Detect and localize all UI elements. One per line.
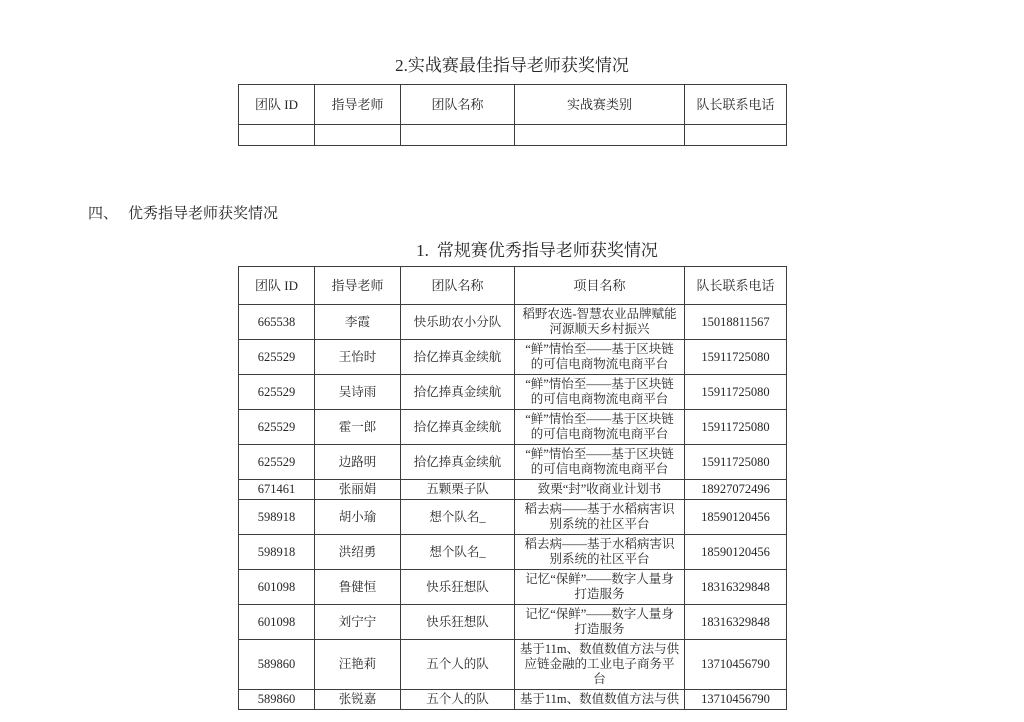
- table-header-row: 团队 ID指导老师团队名称实战赛类别队长联系电话: [239, 85, 787, 125]
- table-cell: 589860: [239, 690, 315, 710]
- table-row: [239, 125, 787, 146]
- table-cell: 18590120456: [685, 500, 787, 535]
- column-header: 队长联系电话: [685, 85, 787, 125]
- table-cell: 五颗栗子队: [401, 480, 515, 500]
- table-cell: 拾亿捧真金续航: [401, 410, 515, 445]
- table-cell: 589860: [239, 640, 315, 690]
- table-cell: “鲜”情怡至——基于区块链的可信电商物流电商平台: [515, 340, 685, 375]
- table-cell: “鲜”情怡至——基于区块链的可信电商物流电商平台: [515, 410, 685, 445]
- table-cell: 625529: [239, 445, 315, 480]
- table-cell: 记忆“保鲜”——数字人量身打造服务: [515, 605, 685, 640]
- table-cell: 625529: [239, 375, 315, 410]
- table-cell: 基于11m、数值数值方法与供应链金融的工业电子商务平台: [515, 640, 685, 690]
- regular-award-title: 1.常规赛优秀指导老师获奖情况: [25, 236, 1024, 261]
- table-cell: [315, 125, 401, 146]
- table-cell: 601098: [239, 570, 315, 605]
- table-cell: 快乐狂想队: [401, 570, 515, 605]
- column-header: 团队 ID: [239, 267, 315, 305]
- table-row: 625529霍一郎拾亿捧真金续航“鲜”情怡至——基于区块链的可信电商物流电商平台…: [239, 410, 787, 445]
- regular-award-table: 团队 ID指导老师团队名称项目名称队长联系电话 665538李霞快乐助农小分队稻…: [238, 266, 787, 710]
- table-cell: 张丽娟: [315, 480, 401, 500]
- table-cell: 601098: [239, 605, 315, 640]
- table-cell: 稻野农选-智慧农业品牌赋能河源顺天乡村振兴: [515, 305, 685, 340]
- practical-award-title: 2.实战赛最佳指导老师获奖情况: [0, 51, 1024, 76]
- table-cell: 18590120456: [685, 535, 787, 570]
- table-cell: 鲁健恒: [315, 570, 401, 605]
- table-cell: 快乐助农小分队: [401, 305, 515, 340]
- table-cell: 13710456790: [685, 640, 787, 690]
- table-cell: 刘宁宁: [315, 605, 401, 640]
- section-heading-excellent: 四、优秀指导老师获奖情况: [88, 202, 278, 223]
- table-header-row: 团队 ID指导老师团队名称项目名称队长联系电话: [239, 267, 787, 305]
- table-cell: “鲜”情怡至——基于区块链的可信电商物流电商平台: [515, 445, 685, 480]
- table-cell: 625529: [239, 340, 315, 375]
- table-row: 598918洪绍勇想个队名_稻去病——基于水稻病害识别系统的社区平台185901…: [239, 535, 787, 570]
- column-header: 指导老师: [315, 85, 401, 125]
- column-header: 指导老师: [315, 267, 401, 305]
- table-cell: 快乐狂想队: [401, 605, 515, 640]
- regular-title-number: 1.: [416, 241, 429, 260]
- column-header: 团队 ID: [239, 85, 315, 125]
- regular-table-body: 665538李霞快乐助农小分队稻野农选-智慧农业品牌赋能河源顺天乡村振兴1501…: [239, 305, 787, 710]
- column-header: 团队名称: [401, 85, 515, 125]
- practical-award-table: 团队 ID指导老师团队名称实战赛类别队长联系电话: [238, 84, 787, 146]
- table-row: 601098鲁健恒快乐狂想队记忆“保鲜”——数字人量身打造服务183163298…: [239, 570, 787, 605]
- table-row: 589860汪艳莉五个人的队基于11m、数值数值方法与供应链金融的工业电子商务平…: [239, 640, 787, 690]
- table-cell: 15911725080: [685, 410, 787, 445]
- table-cell: 18316329848: [685, 570, 787, 605]
- table-cell: 基于11m、数值数值方法与供: [515, 690, 685, 710]
- section-title-text: 优秀指导老师获奖情况: [128, 206, 278, 222]
- table-cell: 吴诗雨: [315, 375, 401, 410]
- table-cell: 王怡时: [315, 340, 401, 375]
- table-cell: 598918: [239, 500, 315, 535]
- practical-table-body: [239, 125, 787, 146]
- table-cell: 665538: [239, 305, 315, 340]
- table-cell: 625529: [239, 410, 315, 445]
- table-row: 665538李霞快乐助农小分队稻野农选-智慧农业品牌赋能河源顺天乡村振兴1501…: [239, 305, 787, 340]
- table-cell: [515, 125, 685, 146]
- table-cell: 五个人的队: [401, 640, 515, 690]
- table-row: 671461张丽娟五颗栗子队致栗“封”收商业计划书18927072496: [239, 480, 787, 500]
- table-cell: 想个队名_: [401, 500, 515, 535]
- table-cell: 汪艳莉: [315, 640, 401, 690]
- table-cell: 15911725080: [685, 340, 787, 375]
- table-cell: 671461: [239, 480, 315, 500]
- table-cell: 15911725080: [685, 375, 787, 410]
- table-cell: 15018811567: [685, 305, 787, 340]
- table-cell: 拾亿捧真金续航: [401, 445, 515, 480]
- table-cell: 15911725080: [685, 445, 787, 480]
- table-cell: 拾亿捧真金续航: [401, 375, 515, 410]
- table-row: 625529王怡时拾亿捧真金续航“鲜”情怡至——基于区块链的可信电商物流电商平台…: [239, 340, 787, 375]
- table-cell: 拾亿捧真金续航: [401, 340, 515, 375]
- table-cell: 想个队名_: [401, 535, 515, 570]
- document-page: 2.实战赛最佳指导老师获奖情况 团队 ID指导老师团队名称实战赛类别队长联系电话…: [0, 0, 1024, 722]
- table-cell: 598918: [239, 535, 315, 570]
- table-cell: 18316329848: [685, 605, 787, 640]
- table-cell: 张锐嘉: [315, 690, 401, 710]
- table-cell: 记忆“保鲜”——数字人量身打造服务: [515, 570, 685, 605]
- table-cell: 13710456790: [685, 690, 787, 710]
- table-cell: 稻去病——基于水稻病害识别系统的社区平台: [515, 500, 685, 535]
- table-cell: 洪绍勇: [315, 535, 401, 570]
- column-header: 实战赛类别: [515, 85, 685, 125]
- table-cell: 稻去病——基于水稻病害识别系统的社区平台: [515, 535, 685, 570]
- table-cell: 胡小瑜: [315, 500, 401, 535]
- table-row: 598918胡小瑜想个队名_稻去病——基于水稻病害识别系统的社区平台185901…: [239, 500, 787, 535]
- regular-title-text: 常规赛优秀指导老师获奖情况: [437, 241, 658, 260]
- table-cell: 五个人的队: [401, 690, 515, 710]
- table-cell: 18927072496: [685, 480, 787, 500]
- column-header: 队长联系电话: [685, 267, 787, 305]
- section-number: 四、: [88, 206, 118, 222]
- table-row: 601098刘宁宁快乐狂想队记忆“保鲜”——数字人量身打造服务183163298…: [239, 605, 787, 640]
- table-row: 625529边路明拾亿捧真金续航“鲜”情怡至——基于区块链的可信电商物流电商平台…: [239, 445, 787, 480]
- table-cell: [685, 125, 787, 146]
- table-cell: [401, 125, 515, 146]
- table-cell: 边路明: [315, 445, 401, 480]
- column-header: 项目名称: [515, 267, 685, 305]
- table-cell: 霍一郎: [315, 410, 401, 445]
- table-cell: 致栗“封”收商业计划书: [515, 480, 685, 500]
- table-cell: 李霞: [315, 305, 401, 340]
- table-cell: “鲜”情怡至——基于区块链的可信电商物流电商平台: [515, 375, 685, 410]
- table-cell: [239, 125, 315, 146]
- table-row: 589860张锐嘉五个人的队基于11m、数值数值方法与供13710456790: [239, 690, 787, 710]
- column-header: 团队名称: [401, 267, 515, 305]
- table-row: 625529吴诗雨拾亿捧真金续航“鲜”情怡至——基于区块链的可信电商物流电商平台…: [239, 375, 787, 410]
